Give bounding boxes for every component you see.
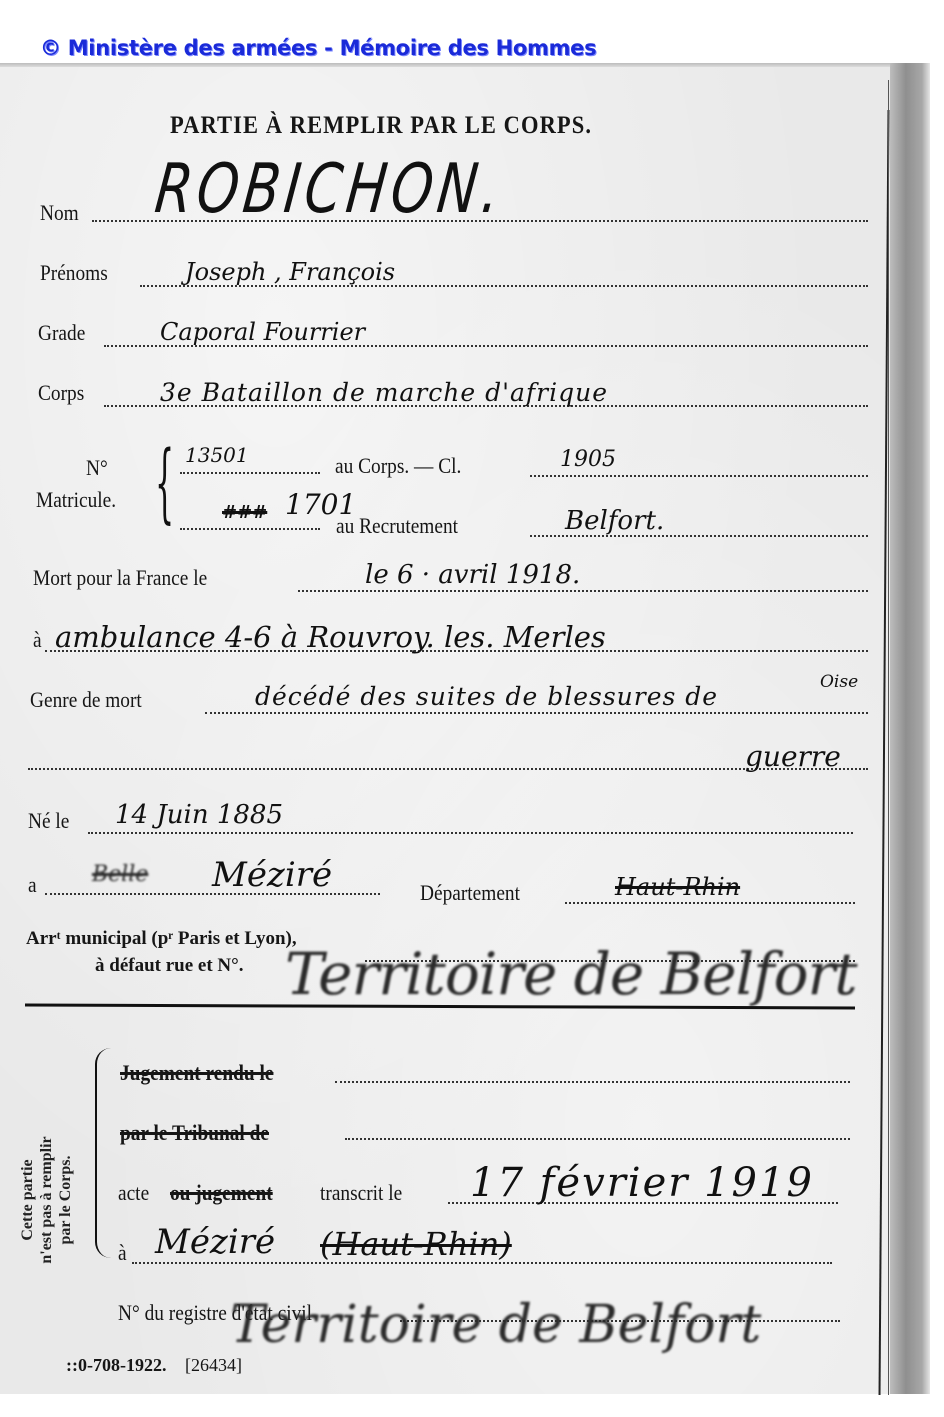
value-genre-de-mort: décédé des suites de blessures de bbox=[255, 682, 718, 711]
dotted-line bbox=[88, 832, 853, 834]
dotted-line bbox=[298, 590, 868, 592]
label-ou-jugement-struck: ou jugement bbox=[170, 1180, 273, 1206]
label-grade: Grade bbox=[38, 320, 85, 346]
label-par-le-tribunal-de: par le Tribunal de bbox=[120, 1120, 269, 1146]
value-departement-struck: Haut-Rhin bbox=[615, 873, 740, 901]
label-corps: Corps bbox=[38, 380, 84, 406]
side-note-line1: Cette partie bbox=[18, 1100, 37, 1300]
label-matricule: Matricule. bbox=[36, 487, 116, 513]
value-transcription-lieu: Méziré bbox=[155, 1222, 275, 1262]
label-genre-de-mort: Genre de mort bbox=[30, 687, 142, 713]
label-transcription-lieu: à bbox=[118, 1240, 127, 1266]
label-prenoms: Prénoms bbox=[40, 260, 108, 286]
form-title: PARTIE À REMPLIR PAR LE CORPS. bbox=[170, 112, 592, 140]
dotted-line bbox=[180, 528, 320, 530]
value-naissance-lieu-struck: Belle bbox=[92, 862, 148, 887]
dotted-line bbox=[28, 768, 868, 770]
value-classe: 1905 bbox=[560, 447, 616, 472]
value-arrondissement: Territoire de Belfort bbox=[285, 940, 857, 1008]
value-corps: 3e Bataillon de marche d'afrique bbox=[160, 378, 608, 407]
dotted-line bbox=[205, 712, 868, 714]
value-grade: Caporal Fourrier bbox=[160, 318, 365, 346]
value-naissance-date: 14 Juin 1885 bbox=[115, 800, 283, 830]
label-transcrit-le: transcrit le bbox=[320, 1180, 402, 1206]
label-au-corps-classe: au Corps. — Cl. bbox=[335, 453, 461, 479]
side-note-line3: par le Corps. bbox=[56, 1100, 75, 1300]
value-nom: ROBICHON. bbox=[151, 150, 508, 229]
paper-top-edge bbox=[0, 63, 890, 67]
brace: { bbox=[155, 440, 174, 526]
label-au-recrutement: au Recrutement bbox=[336, 513, 458, 539]
side-note: Cette partie n'est pas à remplir par le … bbox=[18, 1100, 108, 1300]
value-prenoms: Joseph , François bbox=[185, 258, 395, 286]
copyright-watermark: © Ministère des armées - Mémoire des Hom… bbox=[40, 36, 596, 60]
label-ne-le: Né le bbox=[28, 808, 69, 834]
label-arrondissement-line2: à défaut rue et N°. bbox=[95, 955, 243, 977]
value-matricule-corps: 13501 bbox=[185, 443, 249, 467]
label-mort-pour-la-france: Mort pour la France le bbox=[33, 565, 207, 591]
label-acte: acte bbox=[118, 1180, 149, 1206]
label-arrondissement-line1: Arrᵗ municipal (pʳ Paris et Lyon), bbox=[26, 928, 297, 950]
value-recrutement: Belfort. bbox=[565, 506, 664, 536]
label-lieu-deces: à bbox=[33, 627, 42, 653]
value-mort-lieu-addendum: Oise bbox=[820, 672, 858, 692]
dotted-line bbox=[335, 1081, 850, 1083]
value-mort-date: le 6 · avril 1918. bbox=[365, 560, 580, 590]
value-transcrit-date: 17 février 1919 bbox=[470, 1160, 814, 1206]
value-transcription-lieu-struck: (Haut-Rhin) bbox=[320, 1225, 512, 1263]
value-mort-lieu: ambulance 4-6 à Rouvroy. les. Merles bbox=[55, 620, 606, 654]
value-naissance-lieu: Méziré bbox=[212, 855, 332, 895]
dotted-line bbox=[530, 475, 868, 477]
side-note-line2: n'est pas à remplir bbox=[37, 1100, 56, 1300]
margin-rule-outer bbox=[888, 80, 889, 1395]
dotted-line bbox=[345, 1138, 850, 1140]
value-registre-addendum: Territoire de Belfort bbox=[230, 1295, 761, 1355]
value-matricule-recrutement-struck: ### bbox=[222, 502, 267, 523]
form-number: [26434] bbox=[185, 1355, 242, 1375]
dotted-line bbox=[565, 902, 855, 904]
label-departement: Département bbox=[420, 880, 520, 906]
label-no: N° bbox=[86, 455, 108, 481]
value-genre-de-mort-cont: guerre bbox=[745, 740, 841, 773]
dotted-line bbox=[180, 472, 320, 474]
print-reference: ::0-708-1922. [26434] bbox=[66, 1355, 242, 1376]
label-nom: Nom bbox=[40, 200, 79, 226]
label-jugement-rendu-le: Jugement rendu le bbox=[120, 1060, 273, 1086]
label-lieu-naissance: a bbox=[28, 872, 37, 898]
print-ref: ::0-708-1922. bbox=[66, 1355, 166, 1375]
paper-shadow-edge bbox=[890, 63, 930, 1394]
